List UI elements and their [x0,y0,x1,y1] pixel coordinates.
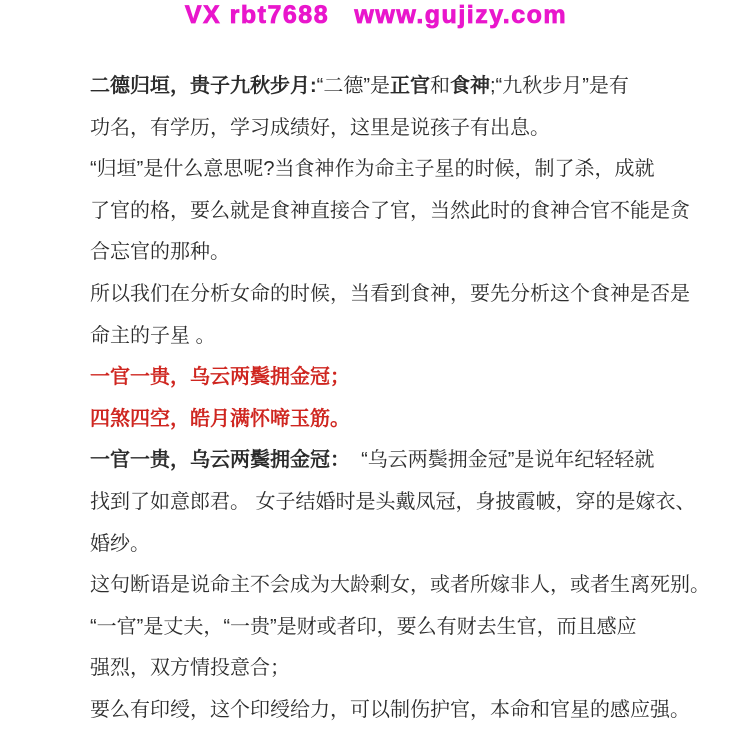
text-segment: 要么有印绶，这个印绶给力，可以制伤护官，本命和官星的感应强。 [90,699,690,721]
text-segment: 一官一贵，乌云两鬓拥金冠； [90,366,350,388]
text-segment: 这句断语是说命主不会成为大龄剩女，或者所嫁非人，或者生离死别。 [90,574,710,596]
document-lines: 二德归垣，贵子九秋步月:“二德”是正官和食神;“九秋步月”是有功名，有学历，学习… [90,66,666,732]
text-segment: 强烈，双方情投意合； [90,657,290,679]
text-segment: 婚纱。 [90,533,150,555]
text-segment: 找到了如意郎君。 女子结婚时是头戴凤冠，身披霞帔，穿的是嫁衣、 [90,491,696,513]
text-line: 这句断语是说命主不会成为大龄剩女，或者所嫁非人，或者生离死别。 [90,565,666,607]
text-segment: 四煞四空，皓月满怀啼玉筋。 [90,408,350,430]
text-line: 找到了如意郎君。 女子结婚时是头戴凤冠，身披霞帔，穿的是嫁衣、 [90,482,666,524]
text-line: 一官一贵，乌云两鬓拥金冠； [90,357,666,399]
document-page: VX rbt7688 www.gujizy.com 二德归垣，贵子九秋步月:“二… [0,0,752,734]
text-segment: 功名，有学历，学习成绩好，这里是说孩子有出息。 [90,117,550,139]
text-segment: 合忘官的那种。 [90,241,230,263]
watermark-header: VX rbt7688 www.gujizy.com [0,1,752,30]
text-segment: 二德归垣，贵子九秋步月: [90,75,317,97]
text-segment: 食神 [450,75,490,97]
text-line: “一官”是丈夫，“一贵”是财或者印，要么有财去生官，而且感应 [90,607,666,649]
text-line: 二德归垣，贵子九秋步月:“二德”是正官和食神;“九秋步月”是有 [90,66,666,108]
text-segment: 一官一贵，乌云两鬓拥金冠： [90,449,350,471]
text-segment: 所以我们在分析女命的时候，当看到食神，要先分析这个食神是否是 [90,283,690,305]
text-line: 命主的子星 。 [90,316,666,358]
text-segment: 了官的格，要么就是食神直接合了官，当然此时的食神合官不能是贪 [90,200,690,222]
text-segment: “乌云两鬓拥金冠”是说年纪轻轻就 [350,449,654,471]
text-segment: “一官”是丈夫，“一贵”是财或者印，要么有财去生官，而且感应 [90,616,637,638]
text-segment: “归垣”是什么意思呢?当食神作为命主子星的时候，制了杀，成就 [90,158,654,180]
text-segment: 正官 [390,75,430,97]
text-line: “归垣”是什么意思呢?当食神作为命主子星的时候，制了杀，成就 [90,149,666,191]
text-segment: 命主的子星 。 [90,325,216,347]
text-line: 要么有印绶，这个印绶给力，可以制伤护官，本命和官星的感应强。 [90,690,666,732]
text-line: 四煞四空，皓月满怀啼玉筋。 [90,399,666,441]
text-line: 合忘官的那种。 [90,232,666,274]
text-line: 强烈，双方情投意合； [90,648,666,690]
text-segment: 和 [430,75,450,97]
text-line: 功名，有学历，学习成绩好，这里是说孩子有出息。 [90,108,666,150]
text-line: 了官的格，要么就是食神直接合了官，当然此时的食神合官不能是贪 [90,191,666,233]
text-segment: “二德”是 [317,75,390,97]
text-line: 一官一贵，乌云两鬓拥金冠： “乌云两鬓拥金冠”是说年纪轻轻就 [90,440,666,482]
text-line: 所以我们在分析女命的时候，当看到食神，要先分析这个食神是否是 [90,274,666,316]
text-segment: ;“九秋步月”是有 [490,75,629,97]
text-line: 婚纱。 [90,524,666,566]
